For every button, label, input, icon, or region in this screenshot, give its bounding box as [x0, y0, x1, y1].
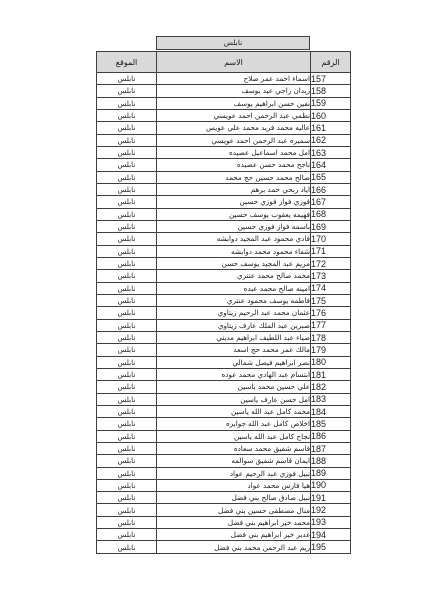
cell-number: 171 [311, 245, 351, 257]
cell-name: مريم عبد المجيد يوسف حسن [157, 257, 311, 269]
document-page: { "colors": { "header_bg": "#d9d9d9", "b… [0, 0, 424, 600]
cell-name: فوزي فواز فوزي حسين [157, 196, 311, 208]
cell-number: 170 [311, 233, 351, 245]
cell-location: نابلس [97, 393, 157, 405]
header-row: الرقم الاسم الموقع [97, 52, 351, 73]
cell-number: 172 [311, 257, 351, 269]
cell-location: نابلس [97, 492, 157, 504]
cell-name: ناجح محمد حسن عصيده [157, 159, 311, 171]
table-row: 174امينه صالح محمد عبدهنابلس [97, 282, 351, 294]
cell-name: نبيل فوزي عبد الرحيم عواد [157, 467, 311, 479]
table-row: 185اخلاص كامل عبد الله جوابرهنابلس [97, 418, 351, 430]
table-row: 191نبيل صادق صالح بني فضلنابلس [97, 492, 351, 504]
cell-location: نابلس [97, 85, 157, 97]
table-row: 192منال مصطفى حسين بني فضلنابلس [97, 504, 351, 516]
table-row: 160نظمي عبد الرحمن احمد عويسينابلس [97, 109, 351, 121]
cell-name: زيدان راجي عيد يوسف [157, 85, 311, 97]
cell-name: صبرين عبد الملك عارف زيتاوي [157, 319, 311, 331]
cell-name: محمد كامل عبد الله ياسين [157, 405, 311, 417]
roster-table: الرقم الاسم الموقع 157اسماء احمد عمر صلا… [96, 51, 351, 554]
col-header-name: الاسم [157, 52, 311, 73]
cell-name: قاسم شفيق محمد سعاده [157, 442, 311, 454]
table-row: 161عاليه محمد فريد محمد علي عويسنابلس [97, 122, 351, 134]
cell-location: نابلس [97, 331, 157, 343]
cell-name: محمد صالح محمد عنتري [157, 270, 311, 282]
cell-number: 178 [311, 331, 351, 343]
cell-name: فاطمه يوسف محمود عنتري [157, 294, 311, 306]
cell-name: مالك عمر محمد حج اسعد [157, 344, 311, 356]
cell-number: 195 [311, 541, 351, 553]
cell-name: امينه صالح محمد عبده [157, 282, 311, 294]
cell-number: 190 [311, 479, 351, 491]
cell-location: نابلس [97, 516, 157, 528]
table-row: 194غدير خير ابراهيم بني فضلنابلس [97, 529, 351, 541]
table-row: 173محمد صالح محمد عنترينابلس [97, 270, 351, 282]
cell-number: 184 [311, 405, 351, 417]
cell-number: 179 [311, 344, 351, 356]
table-row: 172مريم عبد المجيد يوسف حسننابلس [97, 257, 351, 269]
cell-number: 176 [311, 307, 351, 319]
cell-name: امل محمد اسماعيل عصيده [157, 146, 311, 158]
table-row: 157اسماء احمد عمر صلاحنابلس [97, 73, 351, 85]
cell-location: نابلس [97, 208, 157, 220]
table-row: 170فادي محمود عبد المجيد دوابشهنابلس [97, 233, 351, 245]
cell-number: 181 [311, 368, 351, 380]
cell-location: نابلس [97, 405, 157, 417]
cell-location: نابلس [97, 282, 157, 294]
table-row: 189نبيل فوزي عبد الرحيم عوادنابلس [97, 467, 351, 479]
cell-location: نابلس [97, 307, 157, 319]
cell-location: نابلس [97, 344, 157, 356]
cell-name: علي حسين محمد ياسين [157, 381, 311, 393]
cell-number: 186 [311, 430, 351, 442]
cell-number: 192 [311, 504, 351, 516]
cell-location: نابلس [97, 504, 157, 516]
cell-location: نابلس [97, 159, 157, 171]
cell-number: 174 [311, 282, 351, 294]
cell-number: 159 [311, 97, 351, 109]
cell-number: 177 [311, 319, 351, 331]
cell-name: محمد خير ابراهيم بني فضل [157, 516, 311, 528]
cell-number: 182 [311, 381, 351, 393]
cell-name: عاليه محمد فريد محمد علي عويس [157, 122, 311, 134]
roster-table-header: الرقم الاسم الموقع [97, 52, 351, 73]
table-row: 171شفاء محمود محمد دوابشهنابلس [97, 245, 351, 257]
cell-number: 173 [311, 270, 351, 282]
cell-number: 175 [311, 294, 351, 306]
table-row: 168فهيمه يعقوب يوسف حسيننابلس [97, 208, 351, 220]
table-row: 183امل حسن عارف ياسيننابلس [97, 393, 351, 405]
table-row: 175فاطمه يوسف محمود عنترينابلس [97, 294, 351, 306]
cell-number: 189 [311, 467, 351, 479]
cell-number: 169 [311, 220, 351, 232]
cell-location: نابلس [97, 122, 157, 134]
table-row: 179مالك عمر محمد حج اسعدنابلس [97, 344, 351, 356]
table-row: 176عثمان محمد عبد الرحيم زيتاوينابلس [97, 307, 351, 319]
cell-name: ايمان قاسم شفيق سوالمه [157, 455, 311, 467]
cell-number: 166 [311, 183, 351, 195]
cell-location: نابلس [97, 319, 157, 331]
table-row: 193محمد خير ابراهيم بني فضلنابلس [97, 516, 351, 528]
cell-number: 164 [311, 159, 351, 171]
cell-number: 193 [311, 516, 351, 528]
cell-number: 180 [311, 356, 351, 368]
cell-location: نابلس [97, 467, 157, 479]
cell-location: نابلس [97, 245, 157, 257]
cell-number: 162 [311, 134, 351, 146]
cell-location: نابلس [97, 529, 157, 541]
cell-name: ضياء عبد اللطيف ابراهيم مديني [157, 331, 311, 343]
table-row: 177صبرين عبد الملك عارف زيتاوينابلس [97, 319, 351, 331]
cell-location: نابلس [97, 134, 157, 146]
table-row: 164ناجح محمد حسن عصيدهنابلس [97, 159, 351, 171]
cell-name: فهيمه يعقوب يوسف حسين [157, 208, 311, 220]
cell-name: صالح محمد حسين حج محمد [157, 171, 311, 183]
cell-name: اسماء احمد عمر صلاح [157, 73, 311, 85]
cell-location: نابلس [97, 455, 157, 467]
table-row: 169باسمه فواز فوزي حسيننابلس [97, 220, 351, 232]
table-row: 187قاسم شفيق محمد سعادهنابلس [97, 442, 351, 454]
cell-name: باسمه فواز فوزي حسين [157, 220, 311, 232]
table-row: 163امل محمد اسماعيل عصيدهنابلس [97, 146, 351, 158]
table-row: 180نصر ابراهيم فيصل شمالينابلس [97, 356, 351, 368]
cell-location: نابلس [97, 97, 157, 109]
cell-name: ريم عبد الرحمن محمد بني فضل [157, 541, 311, 553]
cell-name: هيا فارس محمد عواد [157, 479, 311, 491]
cell-number: 158 [311, 85, 351, 97]
cell-name: غدير خير ابراهيم بني فضل [157, 529, 311, 541]
cell-number: 161 [311, 122, 351, 134]
cell-location: نابلس [97, 479, 157, 491]
cell-number: 183 [311, 393, 351, 405]
cell-location: نابلس [97, 541, 157, 553]
table-row: 178ضياء عبد اللطيف ابراهيم مدينينابلس [97, 331, 351, 343]
cell-name: عثمان محمد عبد الرحيم زيتاوي [157, 307, 311, 319]
cell-name: فادي محمود عبد المجيد دوابشه [157, 233, 311, 245]
region-title-cell: نابلس [156, 36, 310, 50]
cell-location: نابلس [97, 430, 157, 442]
cell-name: نصر ابراهيم فيصل شمالي [157, 356, 311, 368]
cell-location: نابلس [97, 418, 157, 430]
cell-location: نابلس [97, 368, 157, 380]
table-row: 162سميره عبد الرحمن احمد عويسينابلس [97, 134, 351, 146]
cell-location: نابلس [97, 73, 157, 85]
cell-number: 187 [311, 442, 351, 454]
cell-number: 194 [311, 529, 351, 541]
cell-location: نابلس [97, 442, 157, 454]
cell-name: منال مصطفى حسين بني فضل [157, 504, 311, 516]
cell-name: نظمي عبد الرحمن احمد عويسي [157, 109, 311, 121]
cell-name: امل حسن عارف ياسين [157, 393, 311, 405]
cell-location: نابلس [97, 356, 157, 368]
table-row: 181ابتسام عبد الهادي محمد عودهنابلس [97, 368, 351, 380]
cell-number: 188 [311, 455, 351, 467]
table-row: 188ايمان قاسم شفيق سوالمهنابلس [97, 455, 351, 467]
cell-location: نابلس [97, 233, 157, 245]
cell-name: نجاح كامل عبد الله ياسين [157, 430, 311, 442]
cell-location: نابلس [97, 183, 157, 195]
table-row: 195ريم عبد الرحمن محمد بني فضلنابلس [97, 541, 351, 553]
cell-location: نابلس [97, 270, 157, 282]
table-row: 166اياد ربحي حمد برهمنابلس [97, 183, 351, 195]
cell-name: اياد ربحي حمد برهم [157, 183, 311, 195]
table-row: 158زيدان راجي عيد يوسفنابلس [97, 85, 351, 97]
col-header-location: الموقع [97, 52, 157, 73]
cell-name: ابتسام عبد الهادي محمد عوده [157, 368, 311, 380]
table-row: 184محمد كامل عبد الله ياسيننابلس [97, 405, 351, 417]
cell-number: 165 [311, 171, 351, 183]
roster-table-body: 157اسماء احمد عمر صلاحنابلس158زيدان راجي… [97, 73, 351, 554]
cell-location: نابلس [97, 257, 157, 269]
table-row: 186نجاح كامل عبد الله ياسيننابلس [97, 430, 351, 442]
cell-name: نفين حسن ابراهيم يوسف [157, 97, 311, 109]
cell-location: نابلس [97, 381, 157, 393]
cell-location: نابلس [97, 146, 157, 158]
cell-location: نابلس [97, 196, 157, 208]
cell-number: 157 [311, 73, 351, 85]
cell-number: 191 [311, 492, 351, 504]
table-row: 165صالح محمد حسين حج محمدنابلس [97, 171, 351, 183]
cell-number: 168 [311, 208, 351, 220]
cell-name: سميره عبد الرحمن احمد عويسي [157, 134, 311, 146]
cell-location: نابلس [97, 171, 157, 183]
cell-location: نابلس [97, 109, 157, 121]
cell-location: نابلس [97, 220, 157, 232]
table-row: 182علي حسين محمد ياسيننابلس [97, 381, 351, 393]
table-row: 159نفين حسن ابراهيم يوسفنابلس [97, 97, 351, 109]
cell-number: 167 [311, 196, 351, 208]
col-header-number: الرقم [311, 52, 351, 73]
cell-name: شفاء محمود محمد دوابشه [157, 245, 311, 257]
table-row: 190هيا فارس محمد عوادنابلس [97, 479, 351, 491]
cell-location: نابلس [97, 294, 157, 306]
table-row: 167فوزي فواز فوزي حسيننابلس [97, 196, 351, 208]
cell-name: نبيل صادق صالح بني فضل [157, 492, 311, 504]
cell-number: 163 [311, 146, 351, 158]
cell-number: 160 [311, 109, 351, 121]
cell-number: 185 [311, 418, 351, 430]
cell-name: اخلاص كامل عبد الله جوابره [157, 418, 311, 430]
